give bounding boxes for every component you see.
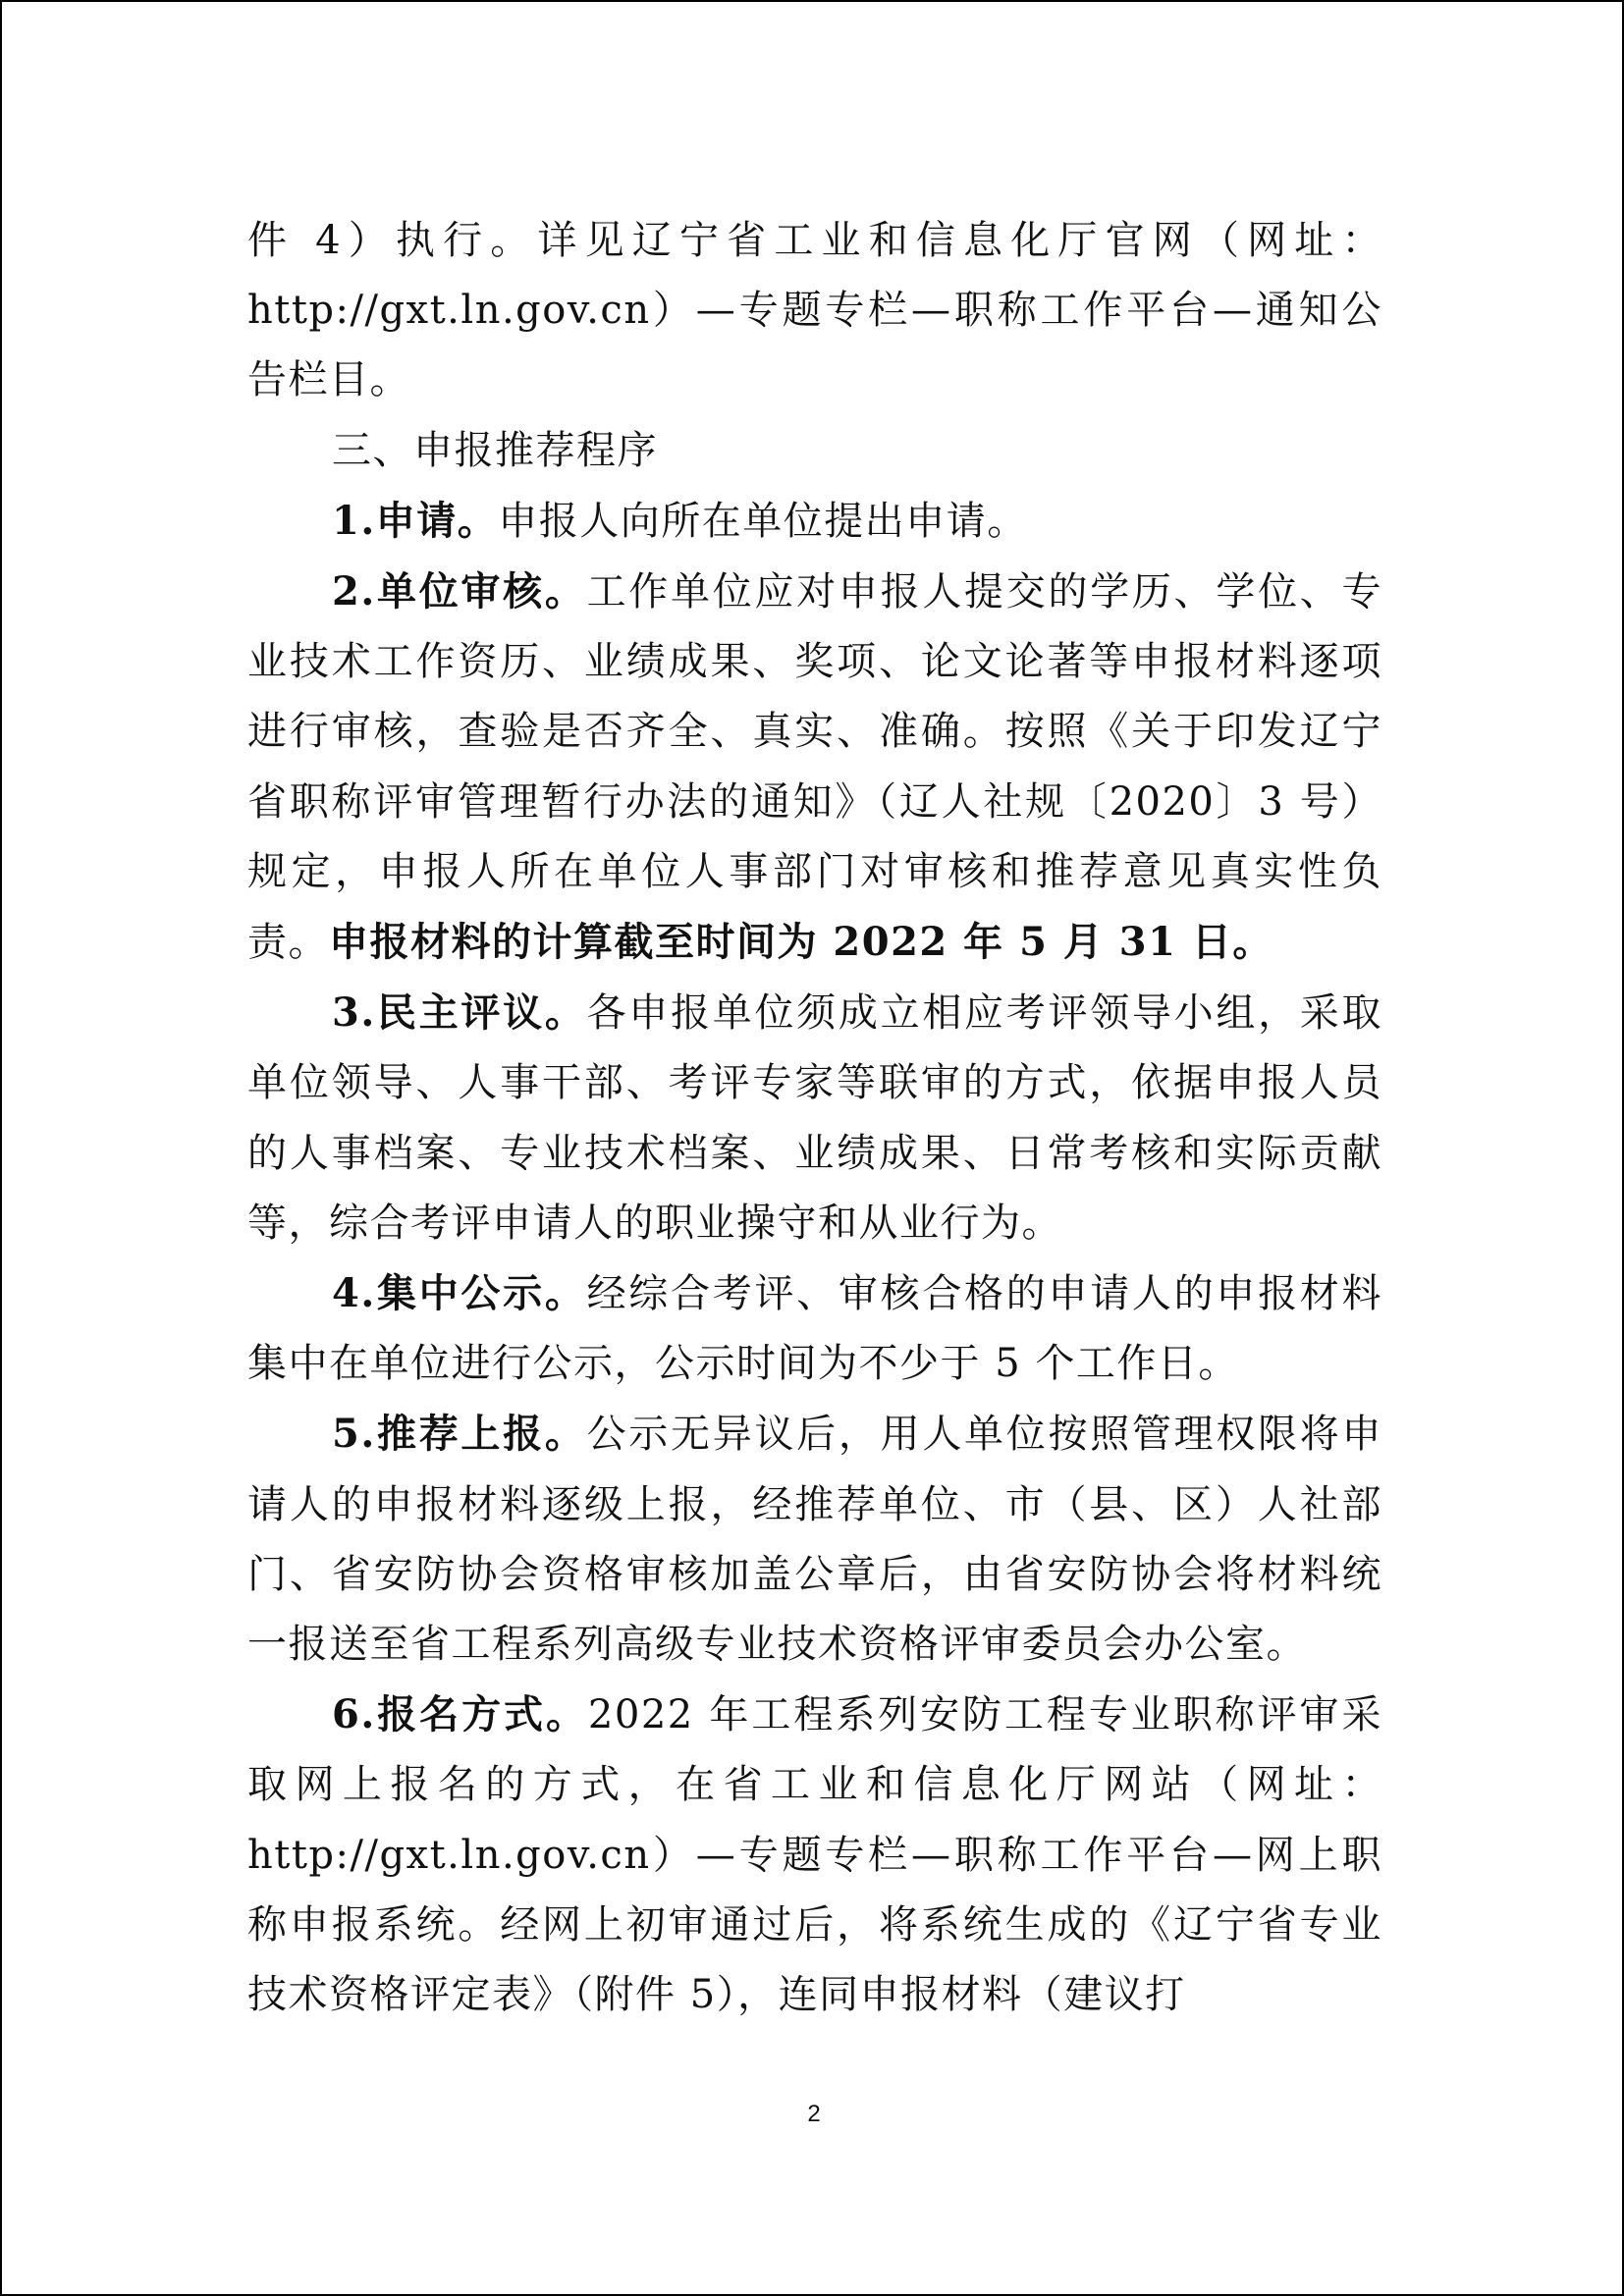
page-number: 2 [2,2101,1624,2128]
deadline-emphasis: 申报材料的计算截至时间为 2022 年 5 月 31 日。 [329,919,1273,965]
step-6-paragraph: 6.报名方式。2022 年工程系列安防工程专业职称评审采取网上报名的方式，在省工… [247,1680,1382,2030]
step-1-text: 申报人向所在单位提出申请。 [498,499,1028,544]
step-3-title: 3.民主评议。 [332,989,587,1036]
step-3-paragraph: 3.民主评议。各申报单位须成立相应考评领导小组，采取单位领导、人事干部、考评专家… [247,978,1382,1258]
step-2-title: 2.单位审核。 [332,568,587,614]
step-6-title: 6.报名方式。 [332,1691,588,1737]
step-5-paragraph: 5.推荐上报。公示无异议后，用人单位按照管理权限将申请人的申报材料逐级上报，经推… [247,1399,1382,1680]
step-4-title: 4.集中公示。 [332,1270,587,1316]
intro-paragraph: 件 4）执行。详见辽宁省工业和信息化厅官网（网址：http://gxt.ln.g… [247,206,1382,416]
step-4-paragraph: 4.集中公示。经综合考评、审核合格的申请人的申报材料集中在单位进行公示，公示时间… [247,1258,1382,1399]
step-6-text: 2022 年工程系列安防工程专业职称评审采取网上报名的方式，在省工业和信息化厅网… [247,1692,1382,2017]
step-1-paragraph: 1.申请。申报人向所在单位提出申请。 [247,486,1382,557]
step-1-title: 1.申请。 [332,498,498,544]
step-2-text: 工作单位应对申报人提交的学历、学位、专业技术工作资历、业绩成果、奖项、论文论著等… [247,569,1382,965]
step-2-paragraph: 2.单位审核。工作单位应对申报人提交的学历、学位、专业技术工作资历、业绩成果、奖… [247,557,1382,978]
document-body: 件 4）执行。详见辽宁省工业和信息化厅官网（网址：http://gxt.ln.g… [247,206,1382,2030]
document-page: 件 4）执行。详见辽宁省工业和信息化厅官网（网址：http://gxt.ln.g… [0,0,1624,2296]
section-heading: 三、申报推荐程序 [247,416,1382,486]
step-5-title: 5.推荐上报。 [332,1411,587,1457]
